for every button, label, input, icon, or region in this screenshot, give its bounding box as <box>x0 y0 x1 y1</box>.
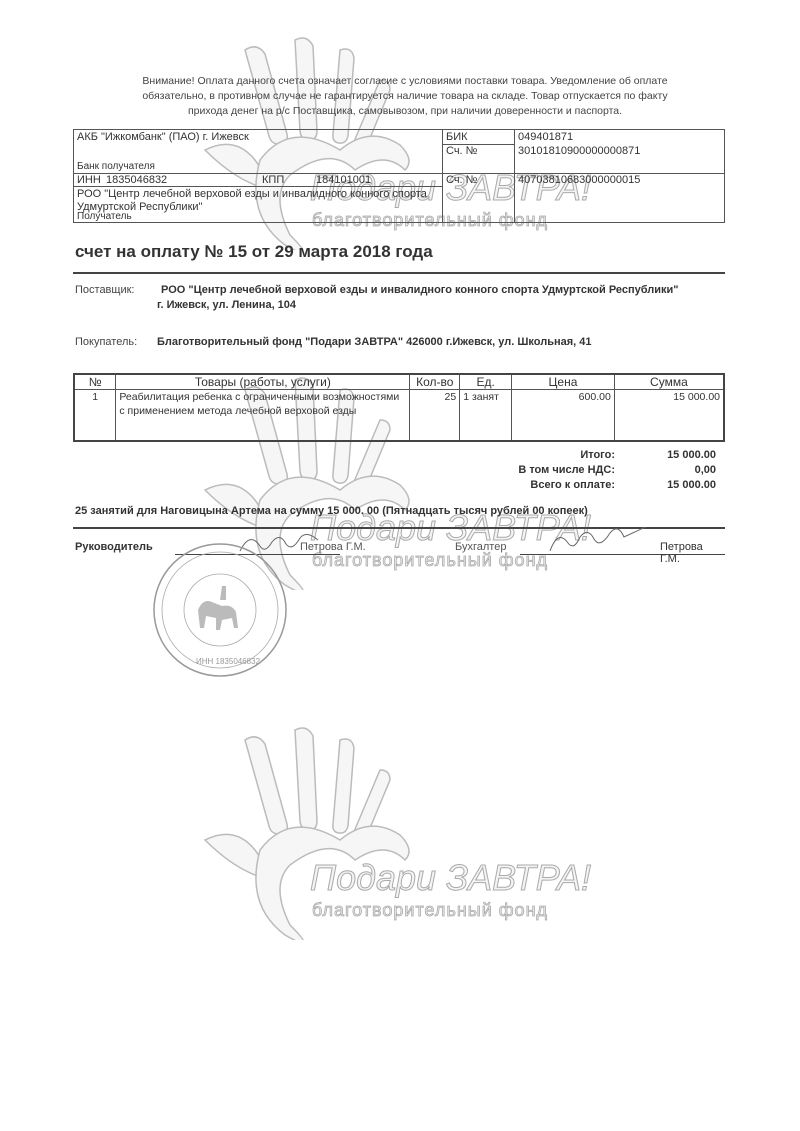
kpp-label: КПП <box>262 174 284 186</box>
goods-table: № Товары (работы, услуги) Кол-во Ед. Цен… <box>73 373 725 442</box>
col-header-price: Цена <box>512 374 615 390</box>
bank-details: АКБ "Ижкомбанк" (ПАО) г. Ижевск Банк пол… <box>73 129 725 223</box>
row-qty: 25 <box>410 390 460 442</box>
svg-text:благотворительный фонд: благотворительный фонд <box>312 550 548 570</box>
due-label: Всего к оплате: <box>530 479 615 491</box>
totals-block: Итого: 15 000.00 В том числе НДС: 0,00 В… <box>480 449 720 494</box>
buyer-block: Покупатель: Благотворительный фонд "Пода… <box>75 336 735 352</box>
bik-value: 049401871 <box>518 131 573 143</box>
buyer-value: Благотворительный фонд "Подари ЗАВТРА" 4… <box>157 336 592 348</box>
buyer-label: Покупатель: <box>75 336 137 348</box>
row-unit: 1 занят <box>460 390 512 442</box>
supplier-name: РОО "Центр лечебной верховой езды и инва… <box>161 284 679 296</box>
col-header-unit: Ед. <box>460 374 512 390</box>
bik-label: БИК <box>446 131 468 143</box>
amount-in-words: 25 занятий для Наговицына Артема на сумм… <box>75 505 588 517</box>
accountant-signature <box>545 527 655 559</box>
title-divider <box>73 272 725 274</box>
col-header-qty: Кол-во <box>410 374 460 390</box>
due-value: 15 000.00 <box>667 479 716 491</box>
row-num: 1 <box>74 390 116 442</box>
corr-account-value: 30101810900000000871 <box>518 145 640 157</box>
row-sum: 15 000.00 <box>614 390 724 442</box>
account-value: 40703810683000000015 <box>518 174 640 186</box>
director-label: Руководитель <box>75 541 153 553</box>
inn-label: ИНН <box>77 174 101 186</box>
account-label: Сч. № <box>446 174 477 186</box>
organization-stamp: ИНН 1835046832 <box>150 540 290 680</box>
corr-account-label: Сч. № <box>446 145 477 157</box>
bank-name: АКБ "Ижкомбанк" (ПАО) г. Ижевск <box>77 131 249 143</box>
row-name: Реабилитация ребенка с ограниченными воз… <box>116 390 410 442</box>
col-header-sum: Сумма <box>614 374 724 390</box>
table-header-row: № Товары (работы, услуги) Кол-во Ед. Цен… <box>74 374 724 390</box>
vat-value: 0,00 <box>695 464 716 476</box>
svg-text:благотворительный фонд: благотворительный фонд <box>312 900 548 920</box>
svg-text:Подари ЗАВТРА!: Подари ЗАВТРА! <box>310 857 591 898</box>
invoice-title: счет на оплату № 15 от 29 марта 2018 год… <box>75 242 433 262</box>
total-label: Итого: <box>580 449 615 461</box>
supplier-block: Поставщик: РОО "Центр лечебной верховой … <box>75 284 735 314</box>
bank-label: Банк получателя <box>77 161 155 172</box>
vat-label: В том числе НДС: <box>518 464 615 476</box>
accountant-name: Петрова Г.М. <box>660 541 725 565</box>
supplier-address: г. Ижевск, ул. Ленина, 104 <box>157 299 296 311</box>
accountant-label: Бухгалтер <box>455 541 506 553</box>
row-price: 600.00 <box>512 390 615 442</box>
inn-value: 1835046832 <box>106 174 167 186</box>
svg-text:ИНН 1835046832: ИНН 1835046832 <box>196 657 261 666</box>
total-value: 15 000.00 <box>667 449 716 461</box>
supplier-label: Поставщик: <box>75 284 134 296</box>
col-header-goods: Товары (работы, услуги) <box>116 374 410 390</box>
recipient-label: Получатель <box>77 211 132 222</box>
invoice-page: Подари ЗАВТРА! благотворительный фонд По… <box>0 0 800 1131</box>
payment-notice: Внимание! Оплата данного счета означает … <box>130 74 680 119</box>
col-header-num: № <box>74 374 116 390</box>
kpp-value: 184101001 <box>316 174 371 186</box>
table-row: 1 Реабилитация ребенка с ограниченными в… <box>74 390 724 442</box>
watermark-logo-bottom: Подари ЗАВТРА! благотворительный фонд <box>200 720 620 940</box>
